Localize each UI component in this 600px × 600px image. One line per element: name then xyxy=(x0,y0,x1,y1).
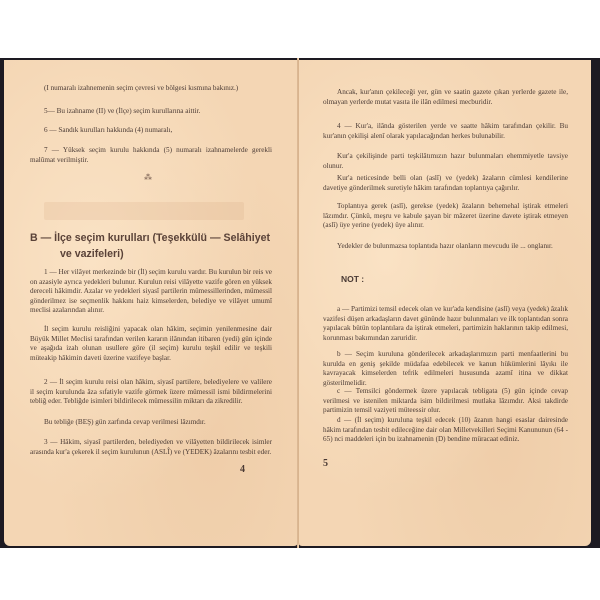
note-title: NOT : xyxy=(341,274,364,284)
item-5: 5— Bu izahname (II) ve (İlçe) seçim kuru… xyxy=(30,107,272,117)
ornament-asterism: ⁂ xyxy=(144,173,152,182)
body-il-secim-kurulu: İl seçim kurulu reisliğini yapacak olan … xyxy=(30,325,272,363)
show-through-stain xyxy=(44,202,244,220)
announcement-paragraph: Ancak, kur'anın çekileceği yer, gün ve s… xyxy=(323,88,568,107)
item-6: 6 — Sandık kurulları hakkında (4) numara… xyxy=(30,126,272,136)
body-attendance: Toplantıya gerek (aslî), gerekse (yedek)… xyxy=(323,202,568,231)
body-substitutes: Yedekler de bulunmazsa toplantıda hazır … xyxy=(323,242,568,252)
body-item-2: 2 — İl seçim kurulu reisi olan hâkim, si… xyxy=(30,378,272,407)
note-d: d — (İl seçim) kuruluna teşkil edecek (1… xyxy=(323,416,568,445)
page-number-left: 4 xyxy=(240,464,245,475)
right-page: Ancak, kur'anın çekileceği yer, gün ve s… xyxy=(298,60,591,546)
intro-paragraph: (I numaralı izahnemenin seçim çevresi ve… xyxy=(30,84,272,94)
body-teblig: Bu tebliğe (BEŞ) gün zarfında cevap veri… xyxy=(30,418,272,428)
note-b: b — Seçim kuruluna gönderilecek arkadaşl… xyxy=(323,350,568,388)
page-number-right: 5 xyxy=(323,458,328,469)
note-a: a — Partimizi temsil edecek olan ve kur'… xyxy=(323,305,568,343)
scanned-booklet-spread: (I numaralı izahnemenin seçim çevresi ve… xyxy=(0,58,600,548)
item-7: 7 — Yüksek seçim kurulu hakkında (5) num… xyxy=(30,146,272,165)
body-item-3: 3 — Hâkim, siyasî partilerden, belediyed… xyxy=(30,438,272,457)
body-invitation: Kur'a neticesinde belli olan (aslî) ve (… xyxy=(323,174,568,193)
body-item-4: 4 — Kur'a, ilânda gösterilen yerde ve sa… xyxy=(323,122,568,141)
body-party-presence: Kur'a çekilişinde parti teşkilâtımızın h… xyxy=(323,152,568,171)
section-heading-b: B — İlçe seçim kurulları (Teşekkülü — Se… xyxy=(30,230,272,262)
note-c: c — Temsilci göndermek üzere yapılacak t… xyxy=(323,387,568,416)
body-item-1: 1 — Her vilâyet merkezinde bir (İl) seçi… xyxy=(30,268,272,316)
left-page: (I numaralı izahnemenin seçim çevresi ve… xyxy=(4,60,298,546)
